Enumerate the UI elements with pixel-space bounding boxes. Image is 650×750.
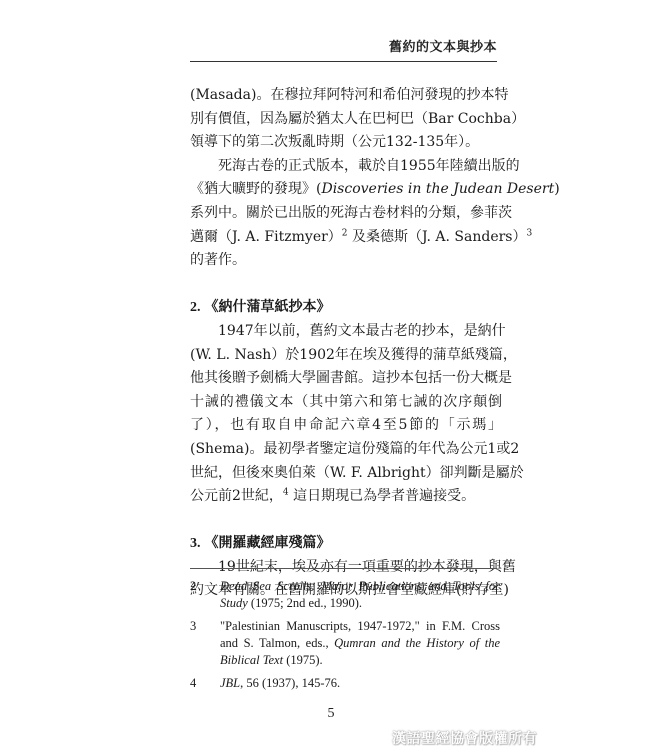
text-line: 系列中。關於已出版的死海古卷材料的分類，參菲茨 [190, 202, 502, 226]
text-line: (Masada)。在穆拉拜阿特河和希伯河發現的抄本特 [190, 84, 502, 108]
page-number: 5 [0, 706, 650, 722]
spacer [190, 273, 502, 297]
footnotes: 2 Dead Sea Scrolls: Major Publications a… [190, 578, 500, 698]
book-page: 舊約的文本與抄本 (Masada)。在穆拉拜阿特河和希伯河發現的抄本特 別有價值… [0, 0, 650, 750]
footnote-ref-3[interactable]: 3 [527, 228, 533, 238]
text-line: 了），也有取自申命記六章4至5節的「示瑪」 [190, 414, 502, 438]
footnote-2: 2 Dead Sea Scrolls: Major Publications a… [190, 578, 500, 612]
book-title-italic: Discoveries in the Judean Desert [321, 181, 554, 197]
text-line: 別有價值，因為屬於猶太人在巴柯巴（Bar Cochba） [190, 108, 502, 132]
footnote-rule [190, 568, 497, 569]
text-line: 死海古卷的正式版本，載於自1955年陸續出版的 [190, 155, 502, 179]
running-head: 舊約的文本與抄本 [190, 36, 497, 55]
text-line: (W. L. Nash）於1902年在埃及獲得的蒲草紙殘篇， [190, 344, 502, 368]
copyright-watermark: 漢語聖經協會版權所有 [392, 728, 537, 748]
footnote-number: 4 [190, 675, 196, 692]
text-line: 他其後贈予劍橋大學圖書館。這抄本包括一份大概是 [190, 367, 502, 391]
text-line: 的著作。 [190, 249, 502, 273]
footnote-3: 3 "Palestinian Manuscripts, 1947-1972," … [190, 618, 500, 669]
header-rule [190, 61, 497, 62]
text-line: 《猶大曠野的發現》(Discoveries in the Judean Dese… [190, 178, 502, 202]
text-line: 十誡的禮儀文本（其中第六和第七誡的次序顛倒 [190, 391, 502, 415]
footnote-4: 4 JBL, 56 (1937), 145-76. [190, 675, 500, 692]
text-line: 1947年以前，舊約文本最古老的抄本，是納什 [190, 320, 502, 344]
text-line: 邁爾（J. A. Fitzmyer）2 及桑德斯（J. A. Sanders）3 [190, 226, 502, 250]
spacer [190, 509, 502, 533]
footnote-number: 3 [190, 618, 196, 635]
section-heading-2: 2.《納什蒲草紙抄本》 [190, 296, 502, 320]
section-heading-3: 3.《開羅藏經庫殘篇》 [190, 532, 502, 556]
text-line: 世紀，但後來奧伯萊（W. F. Albright）卻判斷是屬於 [190, 462, 502, 486]
text-line: 領導下的第二次叛亂時期（公元132-135年）。 [190, 131, 502, 155]
footnote-number: 2 [190, 578, 196, 595]
text-line: (Shema)。最初學者鑒定這份殘篇的年代為公元1或2 [190, 438, 502, 462]
body-text: (Masada)。在穆拉拜阿特河和希伯河發現的抄本特 別有價值，因為屬於猶太人在… [190, 84, 502, 603]
text-line: 公元前2世紀，4 這日期現已為學者普遍接受。 [190, 485, 502, 509]
